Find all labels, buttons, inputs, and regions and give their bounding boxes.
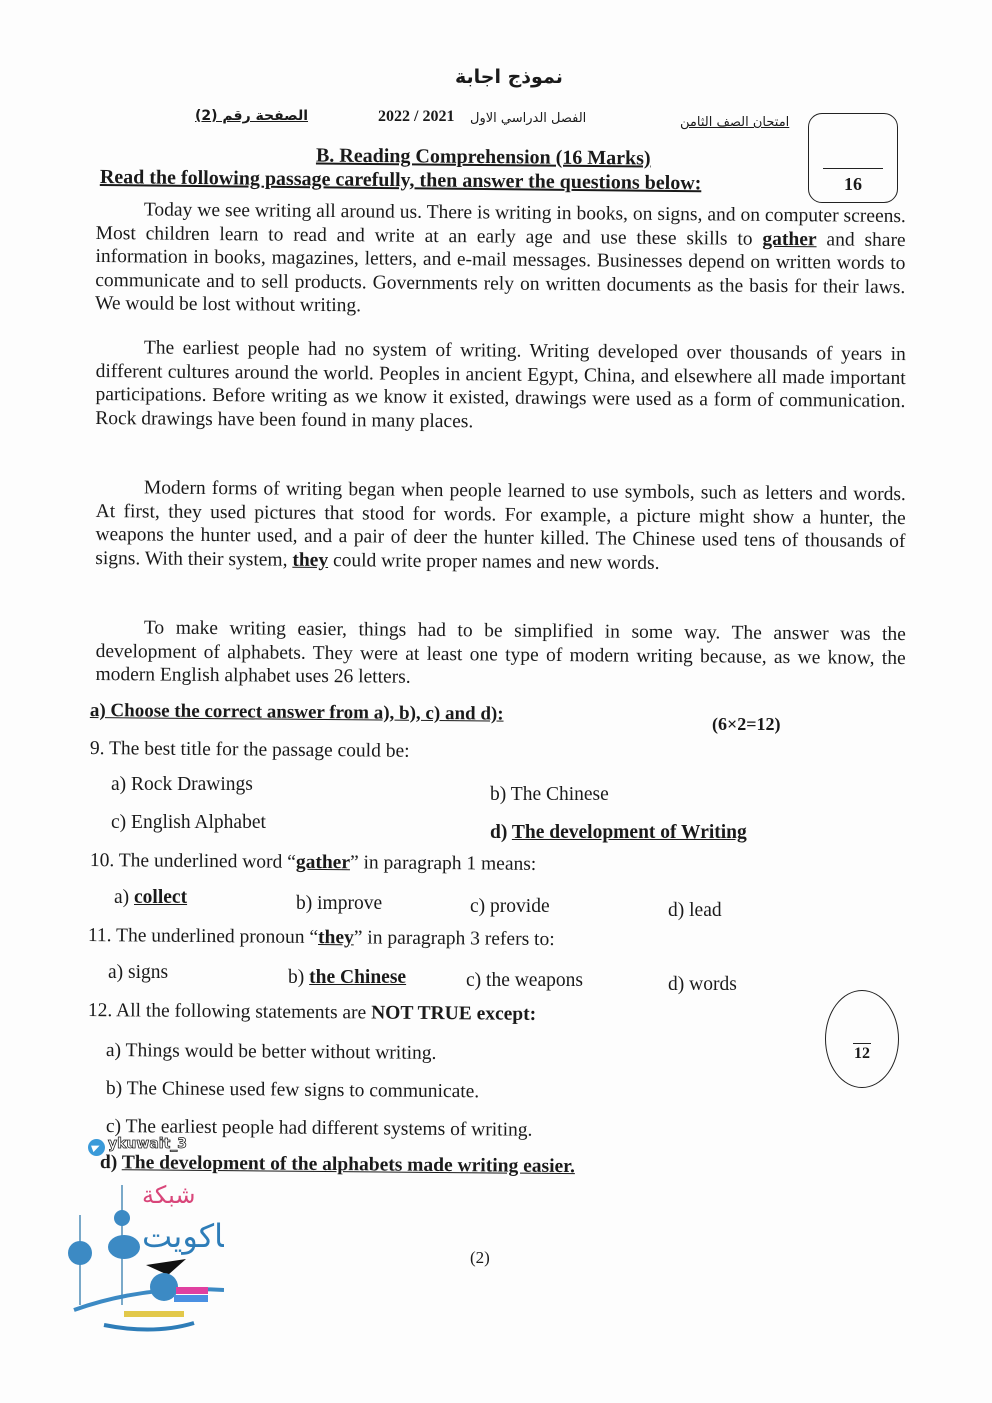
q10-option-a-correct: a) collect: [114, 887, 187, 909]
term-label: الفصل الدراسي الاول: [470, 111, 586, 126]
part-a-marks: (6×2=12): [712, 714, 781, 735]
telegram-icon: [88, 1139, 105, 1156]
q11-option-c: c) the weapons: [466, 970, 583, 992]
q10-option-c: c) provide: [470, 896, 550, 918]
section-total-marks: 16: [809, 174, 897, 195]
page-label: الصفحة رقم (2): [195, 108, 308, 124]
paragraph-text: could write proper names and new words.: [328, 550, 660, 574]
ykuwait-logo-icon: شبكة ياكويت: [64, 1175, 224, 1335]
passage-paragraph-1: Today we see writing all around us. Ther…: [95, 198, 906, 323]
underlined-word-they: they: [292, 549, 328, 570]
q11-option-d: d) words: [668, 974, 737, 996]
paragraph-text: To make writing easier, things had to be…: [95, 616, 906, 694]
part-a-title: a) Choose the correct answer from a), b)…: [90, 700, 504, 726]
q9-option-d-correct: d) The development of Writing: [490, 822, 747, 844]
q10-option-d: d) lead: [668, 900, 722, 922]
page-number: (2): [470, 1248, 490, 1268]
answer-key-title: نموذج اجابة: [455, 66, 563, 88]
svg-text:شبكة: شبكة: [142, 1181, 195, 1209]
section-title: B. Reading Comprehension (16 Marks): [316, 145, 651, 171]
q11-option-a: a) signs: [108, 962, 168, 984]
question-9-stem: 9. The best title for the passage could …: [90, 738, 410, 763]
q9-option-b: b) The Chinese: [490, 784, 609, 806]
section-instructions: Read the following passage carefully, th…: [100, 166, 702, 195]
question-12-stem: 12. All the following statements are NOT…: [88, 1000, 536, 1026]
q12-option-a: a) Things would be better without writin…: [106, 1040, 437, 1065]
q9-option-c: c) English Alphabet: [111, 812, 266, 834]
question-11-stem: 11. The underlined pronoun “they” in par…: [88, 925, 555, 951]
passage-paragraph-3: Modern forms of writing began when peopl…: [95, 476, 906, 577]
svg-text:ياكويت: ياكويت: [142, 1217, 224, 1255]
passage-paragraph-2: The earliest people had no system of wri…: [95, 336, 906, 437]
academic-year: 2022 / 2021: [378, 108, 454, 126]
q10-option-b: b) improve: [296, 893, 382, 915]
section-score-box: 16: [808, 113, 898, 203]
watermark-handle: ykuwait_3: [108, 1136, 187, 1152]
question-10-stem: 10. The underlined word “gather” in para…: [90, 850, 537, 876]
underlined-word-gather: gather: [762, 228, 816, 249]
score-divider: [853, 1043, 871, 1044]
exam-label: امتحان الصف الثامن: [680, 115, 789, 130]
q12-option-b: b) The Chinese used few signs to communi…: [106, 1078, 480, 1103]
passage-paragraph-4: To make writing easier, things had to be…: [95, 616, 906, 694]
part-a-score-circle: 12: [825, 990, 899, 1088]
score-divider: [823, 168, 883, 169]
q11-option-b-correct: b) the Chinese: [288, 967, 406, 989]
part-a-total-marks: 12: [826, 1045, 898, 1063]
q9-option-a: a) Rock Drawings: [111, 774, 253, 796]
paragraph-text: The earliest people had no system of wri…: [95, 336, 906, 437]
